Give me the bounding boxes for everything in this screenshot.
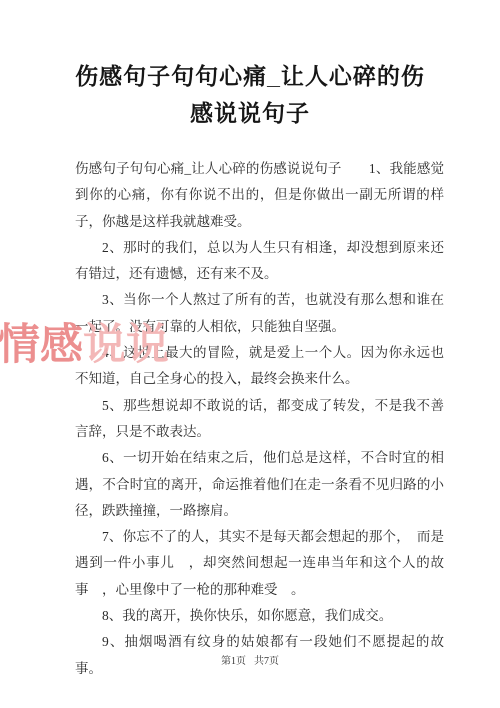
paragraph-7: 7、你忘不了的人，其实不是每天都会想起的那个， 而是遇到一件小事儿 ，却突然间想… [75, 524, 444, 603]
watermark-text-primary: 情感 [0, 321, 83, 369]
page-total-label: 共7页 [254, 656, 279, 667]
paragraph-8: 8、我的离开，换你快乐，如你愿意，我们成交。 [75, 603, 444, 629]
paragraph-4: 4、这世上最大的冒险，就是爱上一个人。因为你永远也不知道，自己全身心的投入，最终… [75, 340, 444, 393]
page-footer: 第1页共7页 [0, 652, 500, 667]
paragraph-5: 5、那些想说却不敢说的话，都变成了转发，不是我不善言辞，只是不敢表达。 [75, 393, 444, 446]
paragraph-6: 6、一切开始在结束之后，他们总是这样，不合时宜的相遇，不合时宜的离开，命运推着他… [75, 445, 444, 524]
document-page: 伤感句子句句心痛_让人心碎的伤感说说句子 伤感句子句句心痛_让人心碎的伤感说说句… [0, 0, 500, 708]
page-number-label: 第1页 [221, 656, 246, 667]
article-body: 伤感句子句句心痛_让人心碎的伤感说说句子 1、我能感觉到你的心痛，你有你说不出的… [75, 156, 444, 682]
paragraph-2: 2、那时的我们，总以为人生只有相逢，却没想到原来还有错过，还有遗憾，还有来不及。 [75, 235, 444, 288]
page-title: 伤感句子句句心痛_让人心碎的伤感说说句子 [70, 58, 430, 132]
paragraph-3: 3、当你一个人熬过了所有的苦，也就没有那么想和谁在一起了。没有可靠的人相依，只能… [75, 287, 444, 340]
paragraph-1: 伤感句子句句心痛_让人心碎的伤感说说句子 1、我能感觉到你的心痛，你有你说不出的… [75, 156, 444, 235]
